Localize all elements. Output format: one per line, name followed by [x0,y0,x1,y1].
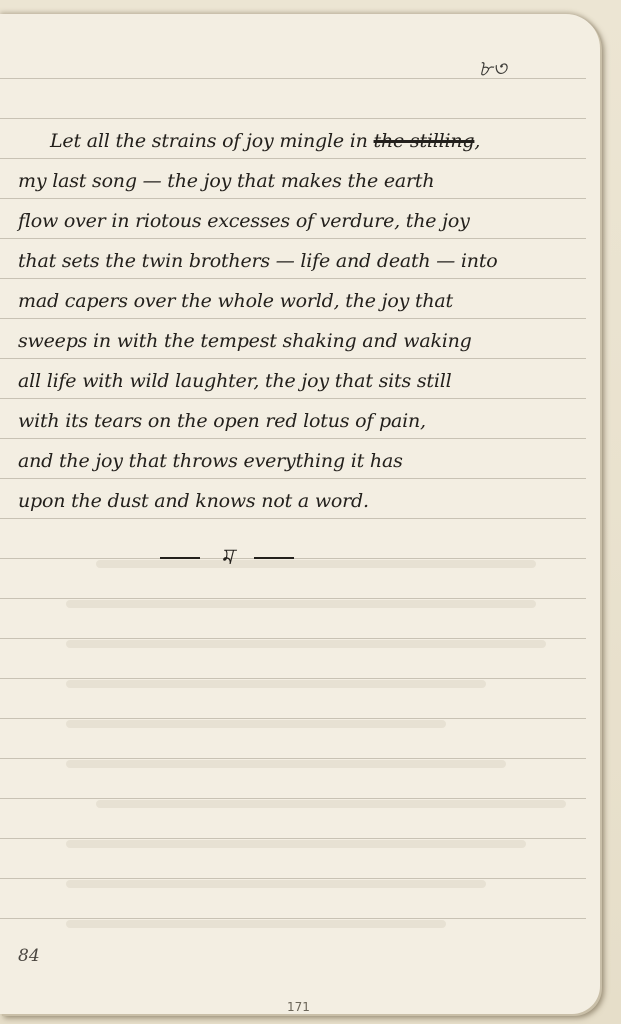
ruled-line [0,478,586,479]
ruled-line [0,238,586,239]
manuscript-line: mad capers over the whole world, the joy… [18,290,580,312]
page-number: ৮৩ [478,52,507,89]
manuscript-line: sweeps in with the tempest shaking and w… [18,330,580,352]
ghost-text [66,840,526,848]
ruled-line [0,878,586,879]
ruled-line [0,798,586,799]
manuscript-line: and the joy that throws everything it ha… [18,450,580,472]
ghost-text [66,920,446,928]
ruled-line [0,158,586,159]
manuscript-line: my last song — the joy that makes the ea… [18,170,580,192]
ruled-line [0,758,586,759]
ruled-line [0,278,586,279]
section-ornament: ম [160,540,294,577]
ornament-glyph: ম [221,545,233,570]
manuscript-line: with its tears on the open red lotus of … [18,410,580,432]
ruled-line [0,598,586,599]
ghost-text [66,640,546,648]
ornament-dash-left [160,557,200,559]
ghost-text [66,600,536,608]
ruled-line [0,638,586,639]
ruled-line [0,198,586,199]
ruled-line [0,438,586,439]
ruled-line [0,918,586,919]
ruled-line [0,718,586,719]
ruled-line [0,398,586,399]
ruled-line [0,118,586,119]
ruled-line [0,318,586,319]
ruled-line [0,358,586,359]
ghost-text [66,880,486,888]
manuscript-line: Let all the strains of joy mingle in the… [50,130,580,152]
ruled-line [0,518,586,519]
folio-number: 171 [287,1000,310,1014]
ruled-line [0,678,586,679]
margin-note: 84 [18,946,40,966]
manuscript-line: all life with wild laughter, the joy tha… [18,370,580,392]
struck-text: the stilling [374,130,475,152]
manuscript-line: upon the dust and knows not a word. [18,490,580,512]
ghost-text [66,680,486,688]
manuscript-line: that sets the twin brothers — life and d… [18,250,580,272]
ornament-dash-right [254,557,294,559]
notebook-page: ৮৩ Let all the strains of joy mingle in … [0,14,600,1014]
ghost-text [96,800,566,808]
ghost-text [66,720,446,728]
ghost-text [66,760,506,768]
manuscript-line: flow over in riotous excesses of verdure… [18,210,580,232]
ruled-line [0,838,586,839]
